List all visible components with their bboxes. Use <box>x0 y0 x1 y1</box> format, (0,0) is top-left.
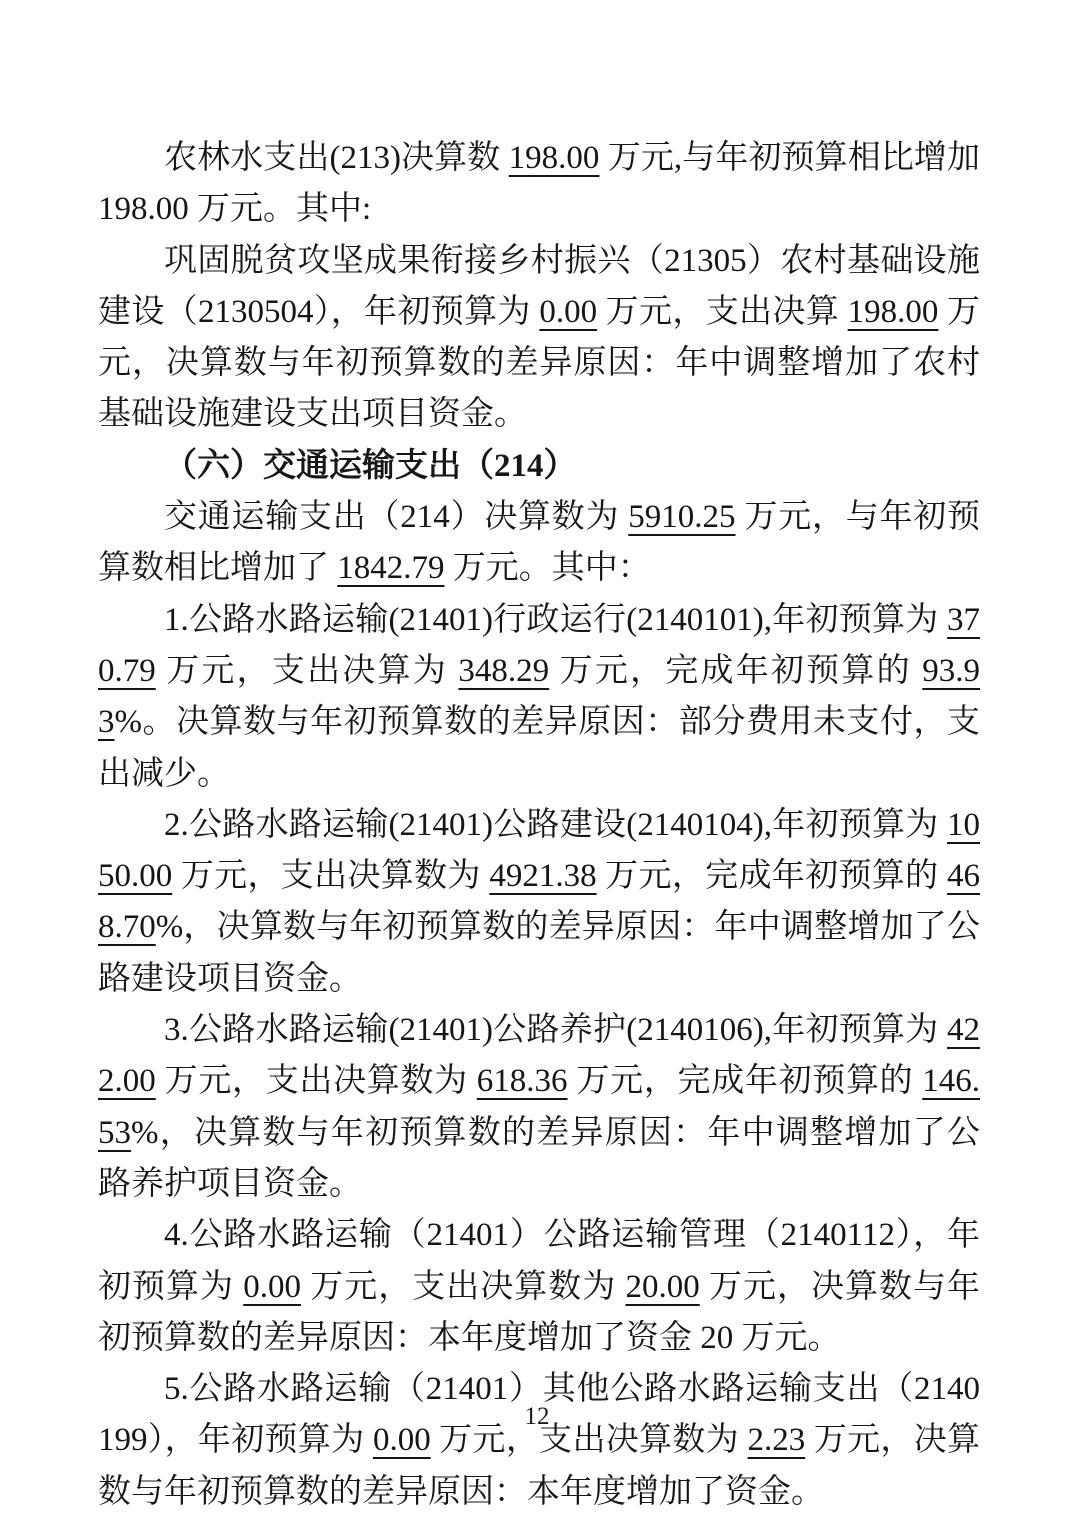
para-item-1-administrative-operation: 1.公路水路运输(21401)行政运行(2140101),年初预算为 370.7… <box>98 595 980 800</box>
text-run: 万元，支出决算数为 <box>156 1063 477 1099</box>
text-run: 农林水支出(213)决算数 <box>164 140 509 176</box>
document-page: 农林水支出(213)决算数 198.00 万元,与年初预算相比增加 198.00… <box>0 0 1074 1520</box>
underlined-value: 0.00 <box>243 1269 301 1305</box>
para-rural-infrastructure-detail: 巩固脱贫攻坚成果衔接乡村振兴（21305）农村基础设施建设（2130504），年… <box>98 236 980 441</box>
underlined-value: 5910.25 <box>628 499 735 535</box>
para-agriculture-water-summary: 农林水支出(213)决算数 198.00 万元,与年初预算相比增加 198.00… <box>98 133 980 236</box>
underlined-value: 0.00 <box>539 294 597 330</box>
underlined-value: 198.00 <box>509 140 600 176</box>
text-run: 万元，完成年初预算的 <box>568 1063 923 1099</box>
underlined-value: 20.00 <box>626 1269 700 1305</box>
underlined-value: 4921.38 <box>489 858 596 894</box>
text-run: 万元，支出决算为 <box>156 653 459 689</box>
text-run: 万元。其中： <box>445 550 651 586</box>
page-number: 12 <box>525 1403 550 1430</box>
page-footer: 12 <box>0 1400 1074 1434</box>
text-run: 3.公路水路运输(21401)公路养护(2140106),年初预算为 <box>164 1012 947 1048</box>
text-run: 交通运输支出（214）决算数为 <box>164 499 628 535</box>
underlined-value: 348.29 <box>458 653 549 689</box>
para-item-5-other-transport-expenditure: 5.公路水路运输（21401）其他公路水路运输支出（2140199），年初预算为… <box>98 1364 980 1518</box>
para-transport-summary: 交通运输支出（214）决算数为 5910.25 万元，与年初预算数相比增加了 1… <box>98 492 980 595</box>
text-run: %，决算数与年初预算数的差异原因：年中调整增加了公路建设项目资金。 <box>98 909 980 996</box>
text-run: 2.公路水路运输(21401)公路建设(2140104),年初预算为 <box>164 807 947 843</box>
text-run: 1.公路水路运输(21401)行政运行(2140101),年初预算为 <box>164 602 947 638</box>
underlined-value: 618.36 <box>477 1063 568 1099</box>
text-run: %，决算数与年初预算数的差异原因：年中调整增加了公路养护项目资金。 <box>98 1115 980 1202</box>
text-run: 万元，完成年初预算的 <box>549 653 922 689</box>
para-item-3-highway-maintenance: 3.公路水路运输(21401)公路养护(2140106),年初预算为 422.0… <box>98 1005 980 1210</box>
text-run: %。决算数与年初预算数的差异原因：部分费用未支付，支出减少。 <box>98 704 980 791</box>
text-run: 万元，完成年初预算的 <box>597 858 947 894</box>
text-run: （六）交通运输支出（214） <box>164 448 577 484</box>
document-body: 农林水支出(213)决算数 198.00 万元,与年初预算相比增加 198.00… <box>98 133 980 1518</box>
underlined-value: 198.00 <box>848 294 939 330</box>
para-item-4-road-transport-management: 4.公路水路运输（21401）公路运输管理（2140112），年初预算为 0.0… <box>98 1210 980 1364</box>
heading-transport-expenditure-214: （六）交通运输支出（214） <box>98 441 980 492</box>
para-item-2-highway-construction: 2.公路水路运输(21401)公路建设(2140104),年初预算为 1050.… <box>98 800 980 1005</box>
text-run: 万元，支出决算 <box>597 294 848 330</box>
text-run: 万元，支出决算数为 <box>301 1269 626 1305</box>
underlined-value: 1842.79 <box>337 550 444 586</box>
text-run: 万元，支出决算数为 <box>172 858 489 894</box>
